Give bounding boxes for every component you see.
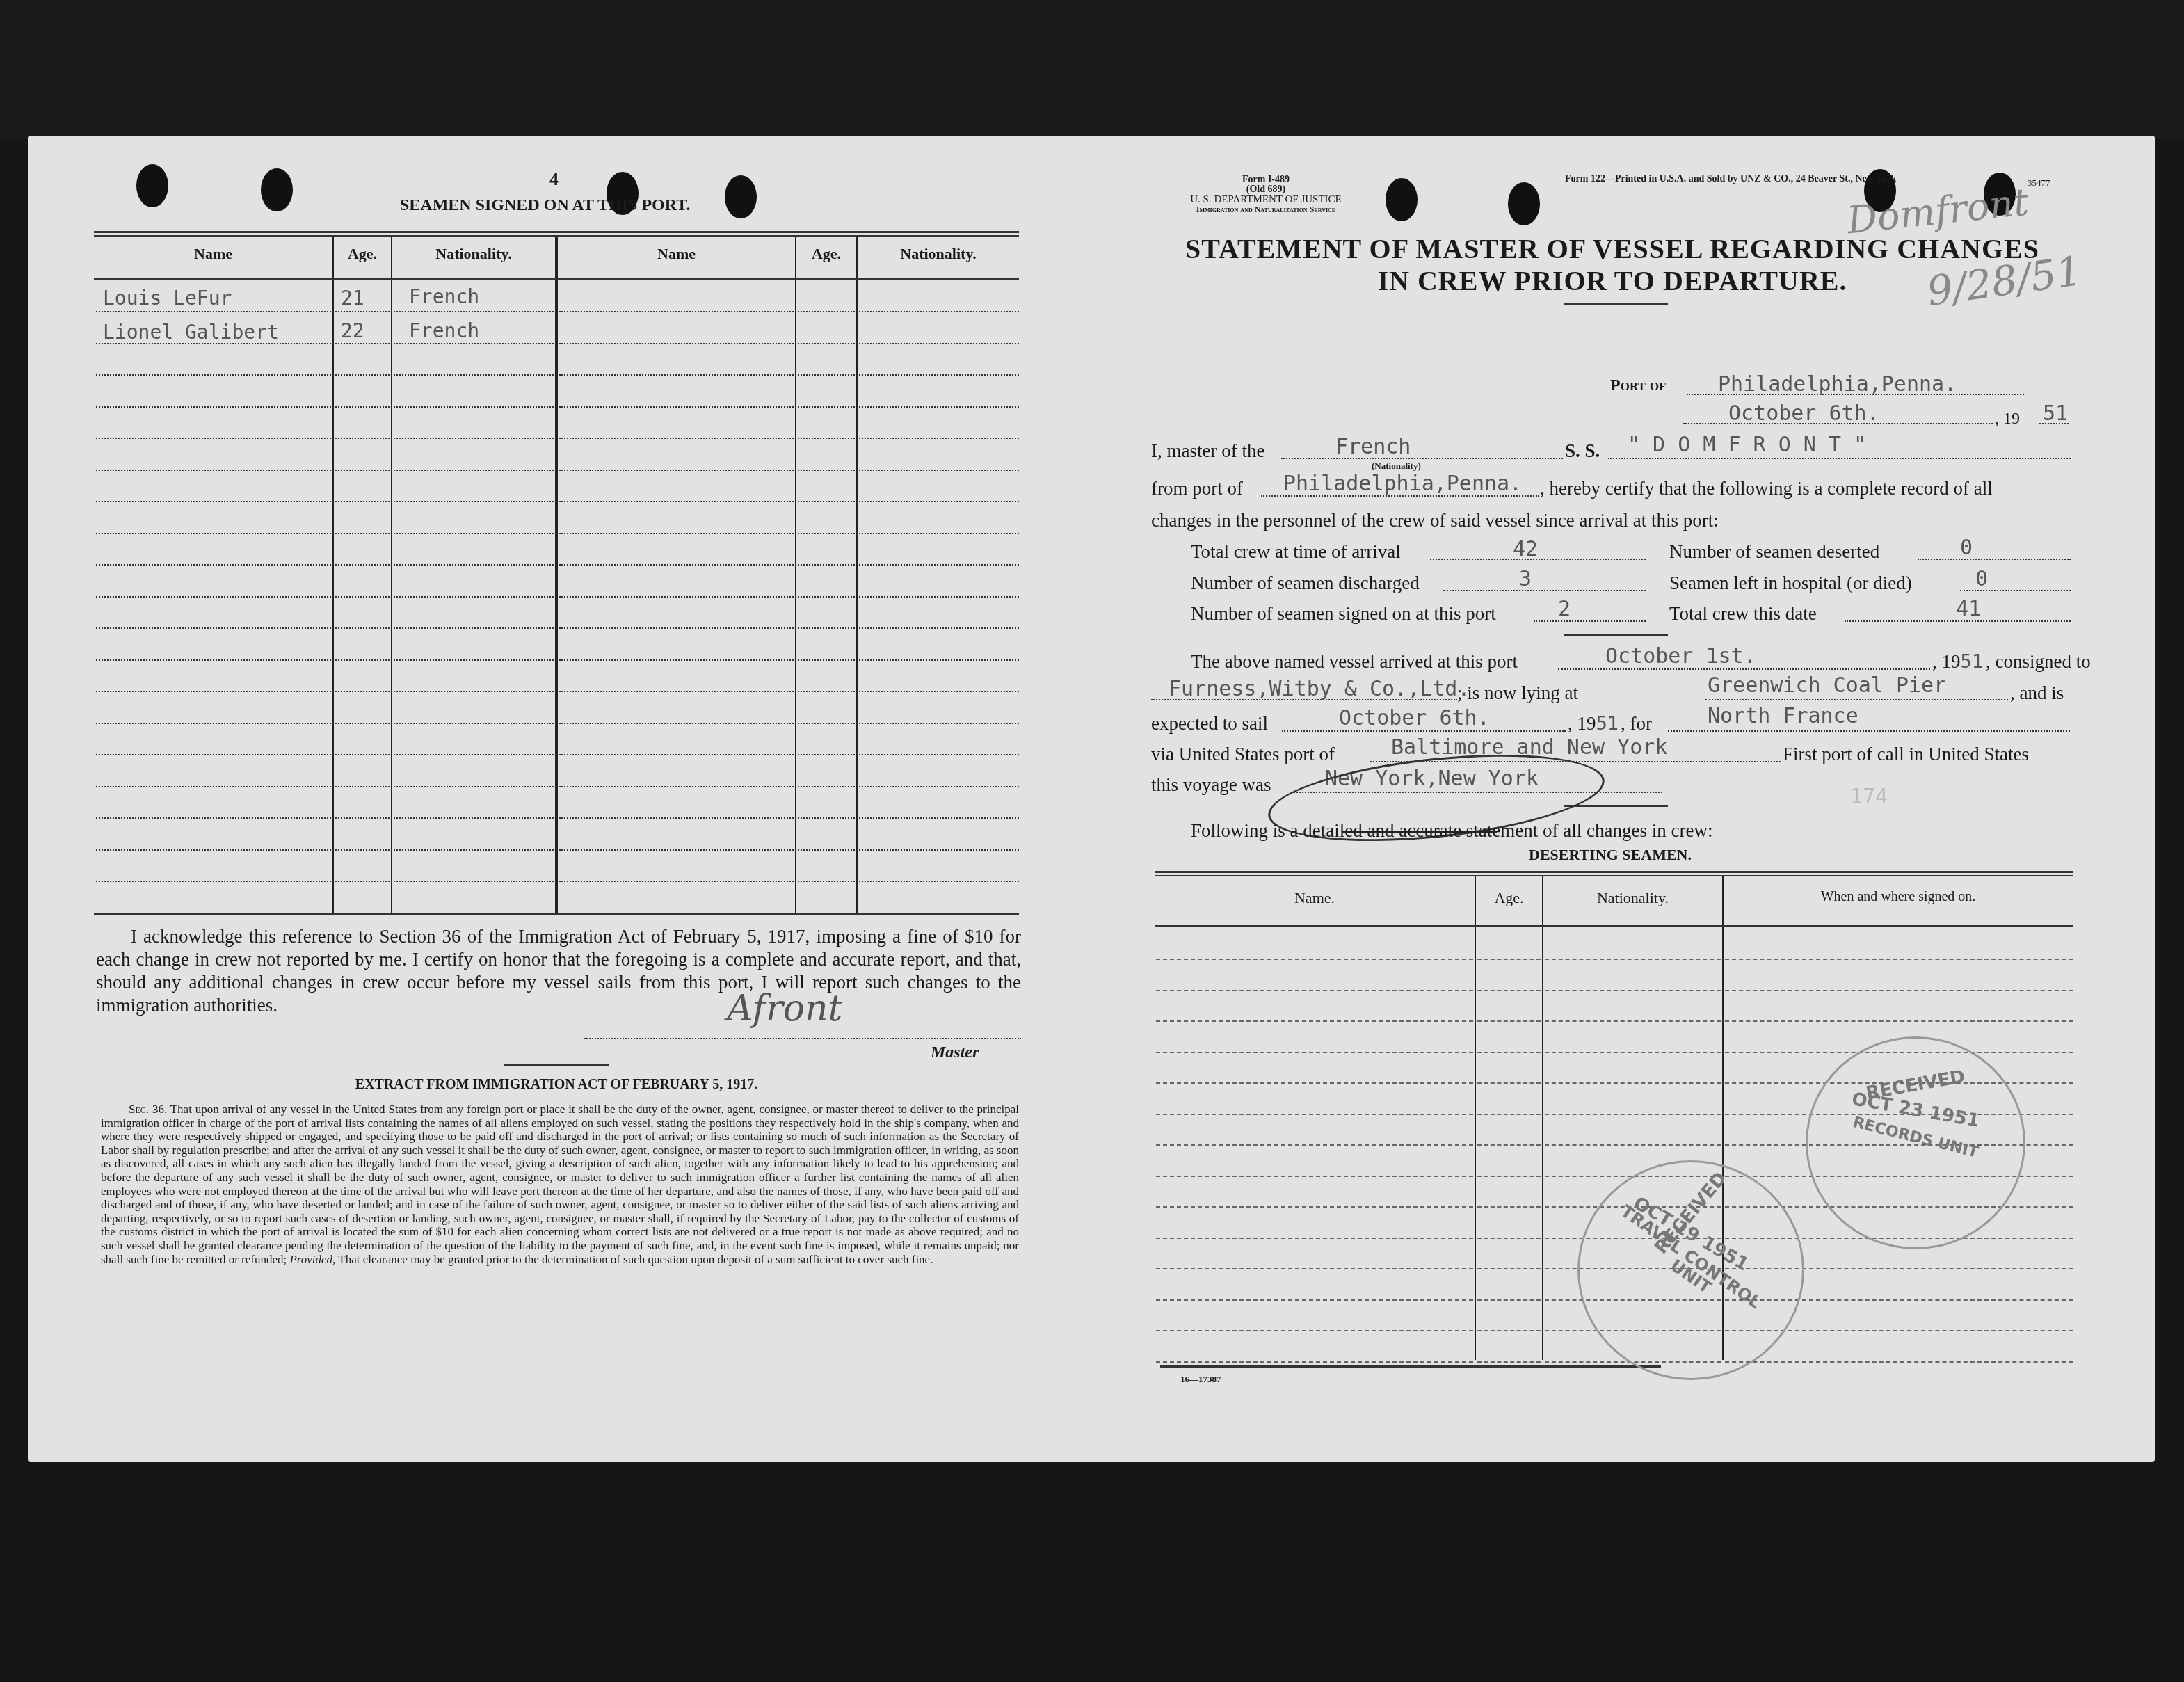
- punch-hole: [261, 168, 293, 211]
- row-line: [96, 470, 331, 471]
- row-line: [559, 470, 794, 471]
- row-line: [1156, 1330, 1473, 1331]
- row-line: [96, 406, 331, 408]
- row-line: [1477, 1238, 1541, 1239]
- received-stamp-travel: RECEIVED OCT 19 1951 TRAVEL CONTROL UNIT: [1577, 1160, 1804, 1380]
- form-serial: 35477: [2028, 177, 2050, 189]
- row-line: [1156, 1176, 1473, 1177]
- row-line: [1477, 1144, 1541, 1146]
- port-field: Philadelphia,Penna.: [1718, 372, 1957, 397]
- department-name: U. S. DEPARTMENT OF JUSTICE: [1155, 195, 1377, 205]
- column-header-age: Age.: [334, 245, 391, 263]
- column-divider: [555, 237, 558, 913]
- row-line: [859, 438, 1019, 439]
- title-divider: [1564, 303, 1668, 305]
- stat-value-signed-on: 2: [1558, 597, 1571, 621]
- nationality-field: French: [1335, 435, 1411, 459]
- row-line: [1156, 1238, 1473, 1239]
- row-line: [335, 311, 390, 312]
- row-line: [335, 533, 390, 534]
- stat-label-total-arrival: Total crew at time of arrival: [1191, 540, 1401, 563]
- row-line: [96, 438, 331, 439]
- year-prefix-text: 19: [2003, 410, 2020, 428]
- row-line: [798, 723, 855, 724]
- lying-line: [1705, 699, 2008, 700]
- column-header-age-2: Age.: [796, 245, 856, 263]
- extract-sec: Sec. 36.: [129, 1103, 167, 1116]
- port-label: Port of: [1610, 374, 1667, 397]
- seaman-nationality: French: [409, 319, 479, 342]
- consigned-label: , consigned to: [1986, 650, 2091, 673]
- seaman-age: 21: [341, 287, 364, 310]
- row-line: [798, 470, 855, 471]
- row-line: [394, 438, 554, 439]
- row-line: [394, 533, 554, 534]
- row-line: [335, 627, 390, 629]
- row-line: [96, 596, 331, 598]
- row-line: [859, 881, 1019, 882]
- form-old-number: (Old 689): [1155, 185, 1377, 195]
- divider: [1564, 805, 1668, 807]
- received-stamp-records: RECEIVED OCT 23 1951 RECORDS UNIT: [1806, 1036, 2025, 1249]
- column-header-nationality-2: Nationality.: [858, 245, 1019, 263]
- row-line: [394, 596, 554, 598]
- row-line: [96, 691, 331, 692]
- row-line: [96, 786, 331, 787]
- via-label: via United States port of: [1151, 743, 1335, 766]
- row-line: [1725, 1361, 2073, 1363]
- row-line: [859, 659, 1019, 661]
- row-line: [859, 343, 1019, 344]
- nationality-caption: (Nationality): [1372, 460, 1421, 472]
- row-line: [798, 501, 855, 502]
- row-line: [1545, 990, 1721, 991]
- row-line: [559, 627, 794, 629]
- row-line: [96, 723, 331, 724]
- row-line: [1156, 1268, 1473, 1269]
- row-line: [335, 564, 390, 566]
- column-header-age: Age.: [1476, 889, 1542, 907]
- row-line: [335, 501, 390, 502]
- column-divider: [332, 237, 334, 913]
- row-line: [96, 754, 331, 755]
- stat-label-signed-on: Number of seamen signed on at this port: [1191, 602, 1496, 625]
- form-header-block: Form I-489 (Old 689) U. S. DEPARTMENT OF…: [1155, 175, 1377, 214]
- destination-field: North France: [1708, 704, 1858, 728]
- row-line: [1545, 1020, 1721, 1022]
- row-line: [96, 849, 331, 851]
- row-line: [394, 817, 554, 819]
- row-line: [335, 881, 390, 882]
- row-line: [394, 501, 554, 502]
- row-line: [859, 470, 1019, 471]
- punch-hole: [725, 175, 757, 218]
- row-line: [559, 533, 794, 534]
- row-line: [394, 881, 554, 882]
- row-line: [859, 817, 1019, 819]
- row-line: [335, 470, 390, 471]
- row-line: [394, 723, 554, 724]
- row-line: [559, 817, 794, 819]
- row-line: [559, 343, 794, 344]
- from-port-field: Philadelphia,Penna.: [1283, 472, 1522, 496]
- row-line: [1477, 1361, 1541, 1363]
- extract-tail: That clearance may be granted prior to t…: [338, 1253, 933, 1266]
- from-port-label: from port of: [1151, 477, 1243, 500]
- vessel-name-field: " D O M F R O N T ": [1628, 433, 1866, 457]
- row-line: [1156, 1144, 1473, 1146]
- punch-hole: [1508, 182, 1540, 225]
- table-bottom-rule: [94, 913, 1019, 915]
- seaman-name: Lionel Galibert: [103, 321, 279, 344]
- row-line: [559, 659, 794, 661]
- row-line: [96, 627, 331, 629]
- arrival-label: The above named vessel arrived at this p…: [1191, 650, 1518, 673]
- row-line: [335, 691, 390, 692]
- row-line: [559, 754, 794, 755]
- column-header-nationality: Nationality.: [392, 245, 555, 263]
- punch-hole: [1386, 178, 1418, 221]
- table-top-rule: [1155, 875, 2073, 876]
- first-port-label: First port of call in United States: [1783, 743, 2029, 766]
- row-line: [1477, 1052, 1541, 1053]
- stat-value-total-date: 41: [1956, 597, 1981, 621]
- column-header-name-2: Name: [558, 245, 795, 263]
- row-line: [798, 786, 855, 787]
- stat-value-hospital: 0: [1975, 567, 1988, 591]
- row-line: [335, 343, 390, 344]
- sail-year-value: 51: [1596, 713, 1619, 735]
- row-line: [559, 311, 794, 312]
- row-line: [798, 374, 855, 376]
- stat-label-discharged: Number of seamen discharged: [1191, 572, 1420, 595]
- row-line: [859, 374, 1019, 376]
- row-line: [1477, 1114, 1541, 1115]
- row-line: [1156, 1361, 1473, 1363]
- row-line: [335, 754, 390, 755]
- extract-body: Sec. 36. That upon arrival of any vessel…: [101, 1103, 1019, 1266]
- row-line: [1477, 1330, 1541, 1331]
- nationality-field-line: [1281, 458, 1563, 459]
- row-line: [1156, 1206, 1473, 1208]
- printer-line: Form 122—Printed in U.S.A. and Sold by U…: [1565, 174, 1896, 185]
- row-line: [1545, 1082, 1721, 1084]
- sail-year: , 1951: [1568, 712, 1619, 735]
- row-line: [96, 881, 331, 882]
- row-line: [335, 374, 390, 376]
- row-line: [559, 501, 794, 502]
- certify-text: , hereby certify that the following is a…: [1540, 477, 1993, 500]
- row-line: [394, 374, 554, 376]
- row-line: [394, 691, 554, 692]
- column-divider: [1475, 876, 1476, 1360]
- row-line: [798, 627, 855, 629]
- stat-line: [1918, 559, 2071, 560]
- master-signature: Afront: [727, 988, 842, 1030]
- column-header-nationality: Nationality.: [1543, 889, 1722, 907]
- row-line: [798, 849, 855, 851]
- sail-date-line: [1282, 730, 1566, 732]
- table-top-rule: [1155, 871, 2073, 873]
- row-line: [394, 406, 554, 408]
- stat-line: [1443, 590, 1646, 591]
- row-line: [96, 374, 331, 376]
- row-line: [798, 881, 855, 882]
- row-line: [96, 659, 331, 661]
- row-line: [1156, 1020, 1473, 1022]
- row-line: [1156, 1114, 1473, 1115]
- row-line: [859, 786, 1019, 787]
- row-line: [1725, 1020, 2073, 1022]
- year-prefix: , 19: [1995, 408, 2020, 431]
- row-line: [335, 817, 390, 819]
- punch-hole: [136, 164, 168, 207]
- divider: [504, 1064, 609, 1066]
- row-line: [859, 849, 1019, 851]
- row-line: [559, 564, 794, 566]
- voyage-label: this voyage was: [1151, 774, 1271, 796]
- row-line: [1477, 959, 1541, 960]
- seaman-nationality: French: [409, 285, 479, 308]
- row-line: [859, 691, 1019, 692]
- row-line: [394, 311, 554, 312]
- row-line: [798, 659, 855, 661]
- row-line: [1156, 959, 1473, 960]
- row-line: [798, 596, 855, 598]
- stat-line: [1534, 620, 1646, 622]
- stat-value-discharged: 3: [1519, 567, 1532, 591]
- date-field: October 6th.: [1728, 401, 1879, 426]
- row-line: [1545, 1144, 1721, 1146]
- stat-label-total-date: Total crew this date: [1669, 602, 1817, 625]
- row-line: [559, 881, 794, 882]
- row-line: [96, 817, 331, 819]
- row-line: [1725, 959, 2073, 960]
- acknowledgement-text: I acknowledge this reference to Section …: [96, 925, 1021, 1017]
- row-line: [335, 438, 390, 439]
- column-header-name: Name: [94, 245, 332, 263]
- row-line: [859, 564, 1019, 566]
- table-bottom-rule: [1160, 1365, 1661, 1368]
- section-title: SEAMEN SIGNED ON AT THIS PORT.: [400, 196, 690, 215]
- row-line: [96, 533, 331, 534]
- destination-line: [1668, 730, 2070, 732]
- row-line: [1477, 1176, 1541, 1177]
- row-line: [335, 406, 390, 408]
- row-line: [798, 754, 855, 755]
- form-title-line1: STATEMENT OF MASTER OF VESSEL REGARDING …: [1146, 232, 2078, 265]
- divider: [1564, 634, 1668, 636]
- header-bottom-rule: [94, 278, 1019, 280]
- row-line: [1156, 1082, 1473, 1084]
- row-line: [394, 564, 554, 566]
- row-line: [1156, 1052, 1473, 1053]
- row-line: [394, 849, 554, 851]
- row-line: [1545, 1114, 1721, 1115]
- footer-code: 16—17387: [1180, 1374, 1221, 1385]
- row-line: [798, 564, 855, 566]
- row-line: [798, 311, 855, 312]
- column-header-signed-on: When and where signed on.: [1724, 889, 2073, 905]
- arrival-year-value: 51: [1961, 651, 1984, 673]
- scan-background: [0, 0, 2184, 139]
- stat-label-deserted: Number of seamen deserted: [1669, 540, 1879, 563]
- row-line: [859, 311, 1019, 312]
- row-line: [559, 849, 794, 851]
- extract-text: That upon arrival of any vessel in the U…: [101, 1103, 1019, 1266]
- signature-line: [584, 1038, 1021, 1039]
- row-line: [798, 817, 855, 819]
- form-number: Form I-489: [1155, 175, 1377, 185]
- row-line: [859, 596, 1019, 598]
- lying-label: ; is now lying at: [1457, 682, 1578, 705]
- row-line: [335, 849, 390, 851]
- row-line: [859, 723, 1019, 724]
- column-divider: [391, 237, 392, 913]
- row-line: [394, 659, 554, 661]
- row-line: [335, 786, 390, 787]
- row-line: [559, 374, 794, 376]
- row-line: [394, 754, 554, 755]
- column-divider: [1542, 876, 1543, 1360]
- column-header-name: Name.: [1155, 889, 1475, 907]
- arrival-year: , 1951: [1932, 650, 1983, 673]
- row-line: [1545, 959, 1721, 960]
- arrival-date-field: October 1st.: [1605, 644, 1756, 668]
- page-number: 4: [549, 169, 559, 190]
- row-line: [859, 754, 1019, 755]
- certify-text-2: changes in the personnel of the crew of …: [1151, 509, 1719, 532]
- sail-date-field: October 6th.: [1339, 706, 1490, 730]
- ss-label: S. S.: [1565, 440, 1600, 463]
- row-line: [859, 406, 1019, 408]
- row-line: [559, 596, 794, 598]
- margin-number: 174: [1850, 785, 1888, 809]
- row-line: [859, 533, 1019, 534]
- row-line: [96, 564, 331, 566]
- row-line: [1545, 1052, 1721, 1053]
- and-is-label: , and is: [2010, 682, 2064, 705]
- strikethrough: [1342, 831, 1497, 833]
- row-line: [335, 723, 390, 724]
- row-line: [559, 406, 794, 408]
- row-line: [559, 723, 794, 724]
- row-line: [859, 627, 1019, 629]
- row-line: [394, 627, 554, 629]
- sail-label: expected to sail: [1151, 712, 1268, 735]
- deserting-title: DESERTING SEAMEN.: [1148, 846, 2073, 864]
- column-divider: [795, 237, 796, 913]
- for-label: , for: [1621, 712, 1652, 735]
- row-line: [859, 501, 1019, 502]
- lying-at-field: Greenwich Coal Pier: [1708, 673, 1946, 698]
- row-line: [559, 438, 794, 439]
- row-line: [559, 691, 794, 692]
- stat-value-total-arrival: 42: [1513, 537, 1538, 561]
- form-title-line2: IN CREW PRIOR TO DEPARTURE.: [1146, 264, 2078, 297]
- row-line: [1725, 990, 2073, 991]
- stat-label-hospital: Seamen left in hospital (or died): [1669, 572, 1912, 595]
- arrival-date-line: [1558, 668, 1930, 670]
- row-line: [1477, 1020, 1541, 1022]
- row-line: [798, 438, 855, 439]
- master-label: I, master of the: [1151, 440, 1264, 463]
- row-line: [798, 343, 855, 344]
- row-line: [394, 786, 554, 787]
- row-line: [394, 343, 554, 344]
- row-line: [1477, 1268, 1541, 1269]
- year-field: 51: [2043, 401, 2068, 426]
- row-line: [559, 786, 794, 787]
- seaman-name: Louis LeFur: [103, 287, 232, 310]
- vessel-field-line: [1608, 458, 2071, 459]
- row-line: [1156, 1299, 1473, 1301]
- table-top-rule: [94, 231, 1019, 233]
- row-line: [798, 406, 855, 408]
- extract-provided: Provided,: [289, 1253, 335, 1266]
- row-line: [798, 533, 855, 534]
- signature-label: Master: [931, 1043, 979, 1062]
- row-line: [96, 501, 331, 502]
- header-bottom-rule: [1155, 925, 2073, 927]
- stat-value-deserted: 0: [1960, 536, 1973, 560]
- row-line: [96, 311, 331, 312]
- row-line: [1477, 1082, 1541, 1084]
- row-line: [394, 470, 554, 471]
- consignee-field: Furness,Witby & Co.,Ltd.: [1169, 677, 1470, 701]
- seaman-age: 22: [341, 319, 364, 342]
- row-line: [335, 596, 390, 598]
- row-line: [335, 659, 390, 661]
- row-line: [1477, 1299, 1541, 1301]
- row-line: [798, 691, 855, 692]
- column-divider: [856, 237, 858, 913]
- row-line: [1477, 1206, 1541, 1208]
- row-line: [1477, 990, 1541, 991]
- row-line: [1156, 990, 1473, 991]
- extract-title: EXTRACT FROM IMMIGRATION ACT OF FEBRUARY…: [94, 1077, 1019, 1093]
- service-name: Immigration and Naturalization Service: [1155, 205, 1377, 214]
